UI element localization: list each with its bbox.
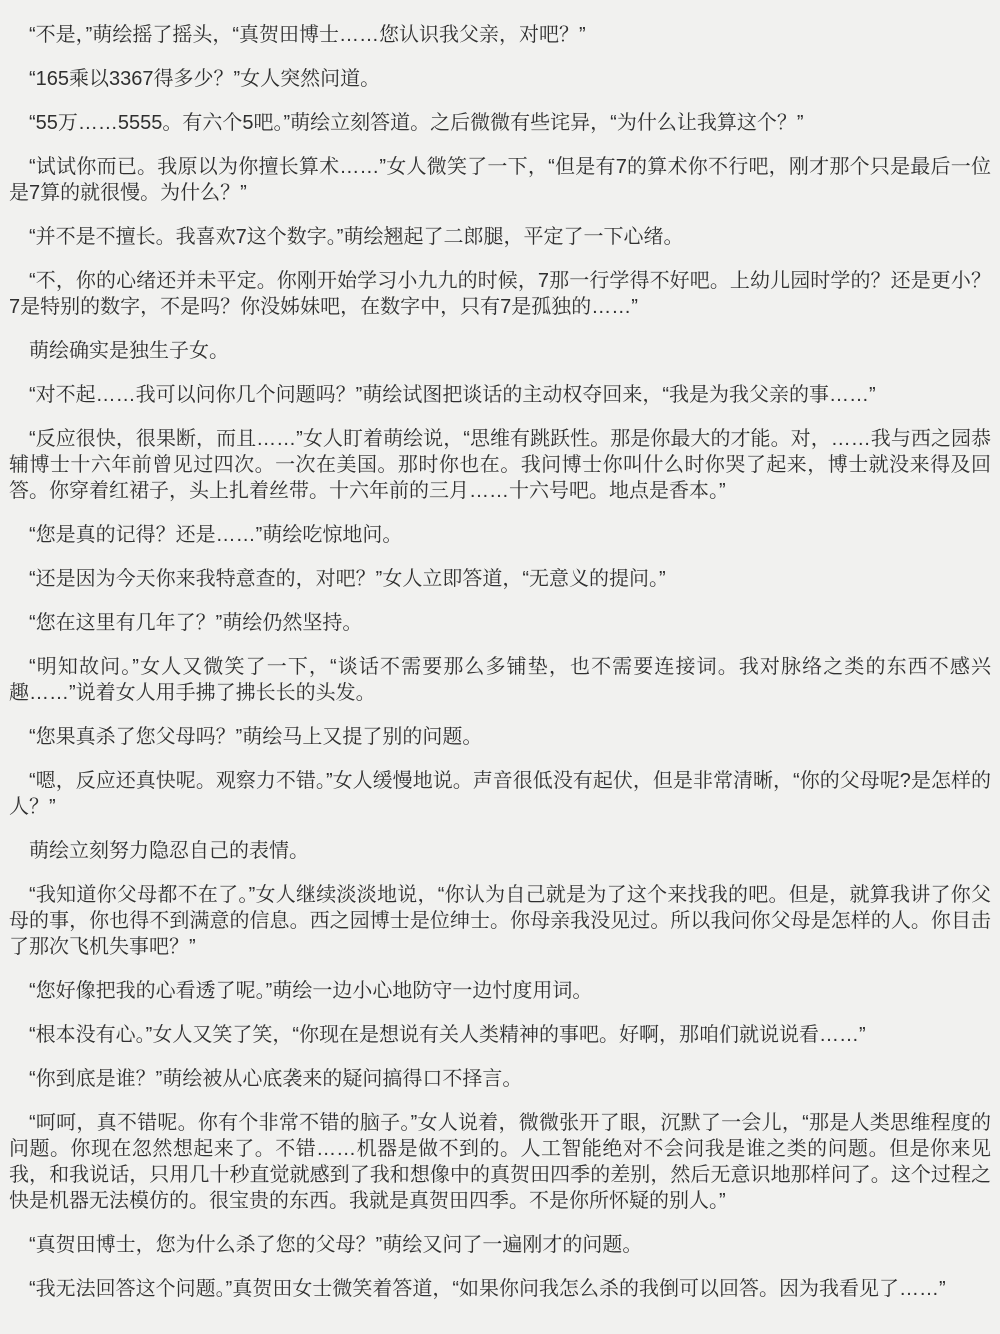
reader-page[interactable]: “不是，”萌绘摇了摇头，“真贺田博士……您认识我父亲，对吧？”“165乘以336… — [0, 0, 1000, 1334]
novel-paragraph: “你到底是谁？”萌绘被从心底袭来的疑问搞得口不择言。 — [9, 1066, 991, 1092]
novel-paragraph: “我无法回答这个问题。”真贺田女士微笑着答道，“如果你问我怎么杀的我倒可以回答。… — [9, 1276, 991, 1302]
novel-paragraph: “您好像把我的心看透了呢。”萌绘一边小心地防守一边忖度用词。 — [9, 978, 991, 1004]
novel-paragraph: “明知故问。”女人又微笑了一下，“谈话不需要那么多铺垫，也不需要连接词。我对脉络… — [9, 654, 991, 706]
novel-paragraph: “试试你而已。我原以为你擅长算术……”女人微笑了一下，“但是有7的算术你不行吧，… — [9, 154, 991, 206]
novel-paragraph: “反应很快，很果断，而且……”女人盯着萌绘说，“思维有跳跃性。那是你最大的才能。… — [9, 426, 991, 504]
novel-paragraph: “我知道你父母都不在了。”女人继续淡淡地说，“你认为自己就是为了这个来找我的吧。… — [9, 882, 991, 960]
novel-paragraph: 萌绘确实是独生子女。 — [9, 338, 991, 364]
novel-paragraph: “呵呵，真不错呢。你有个非常不错的脑子。”女人说着，微微张开了眼，沉默了一会儿，… — [9, 1110, 991, 1214]
novel-paragraph: “165乘以3367得多少？”女人突然问道。 — [9, 66, 991, 92]
novel-paragraph: “还是因为今天你来我特意查的，对吧？”女人立即答道，“无意义的提问。” — [9, 566, 991, 592]
novel-paragraph: “55万……5555。有六个5吧。”萌绘立刻答道。之后微微有些诧异，“为什么让我… — [9, 110, 991, 136]
novel-paragraph: “并不是不擅长。我喜欢7这个数字。”萌绘翘起了二郎腿，平定了一下心绪。 — [9, 224, 991, 250]
novel-paragraph: “对不起……我可以问你几个问题吗？”萌绘试图把谈话的主动权夺回来，“我是为我父亲… — [9, 382, 991, 408]
novel-paragraph: “您果真杀了您父母吗？”萌绘马上又提了别的问题。 — [9, 724, 991, 750]
novel-paragraph: “不是，”萌绘摇了摇头，“真贺田博士……您认识我父亲，对吧？” — [9, 22, 991, 48]
novel-paragraph: 萌绘立刻努力隐忍自己的表情。 — [9, 838, 991, 864]
novel-paragraph: “您是真的记得？还是……”萌绘吃惊地问。 — [9, 522, 991, 548]
novel-paragraph: “您在这里有几年了？”萌绘仍然坚持。 — [9, 610, 991, 636]
novel-paragraph: “根本没有心。”女人又笑了笑，“你现在是想说有关人类精神的事吧。好啊，那咱们就说… — [9, 1022, 991, 1048]
novel-paragraph: “嗯，反应还真快呢。观察力不错。”女人缓慢地说。声音很低没有起伏，但是非常清晰，… — [9, 768, 991, 820]
novel-paragraph: “不，你的心绪还并未平定。你刚开始学习小九九的时候，7那一行学得不好吧。上幼儿园… — [9, 268, 991, 320]
novel-paragraph: “真贺田博士，您为什么杀了您的父母？”萌绘又问了一遍刚才的问题。 — [9, 1232, 991, 1258]
